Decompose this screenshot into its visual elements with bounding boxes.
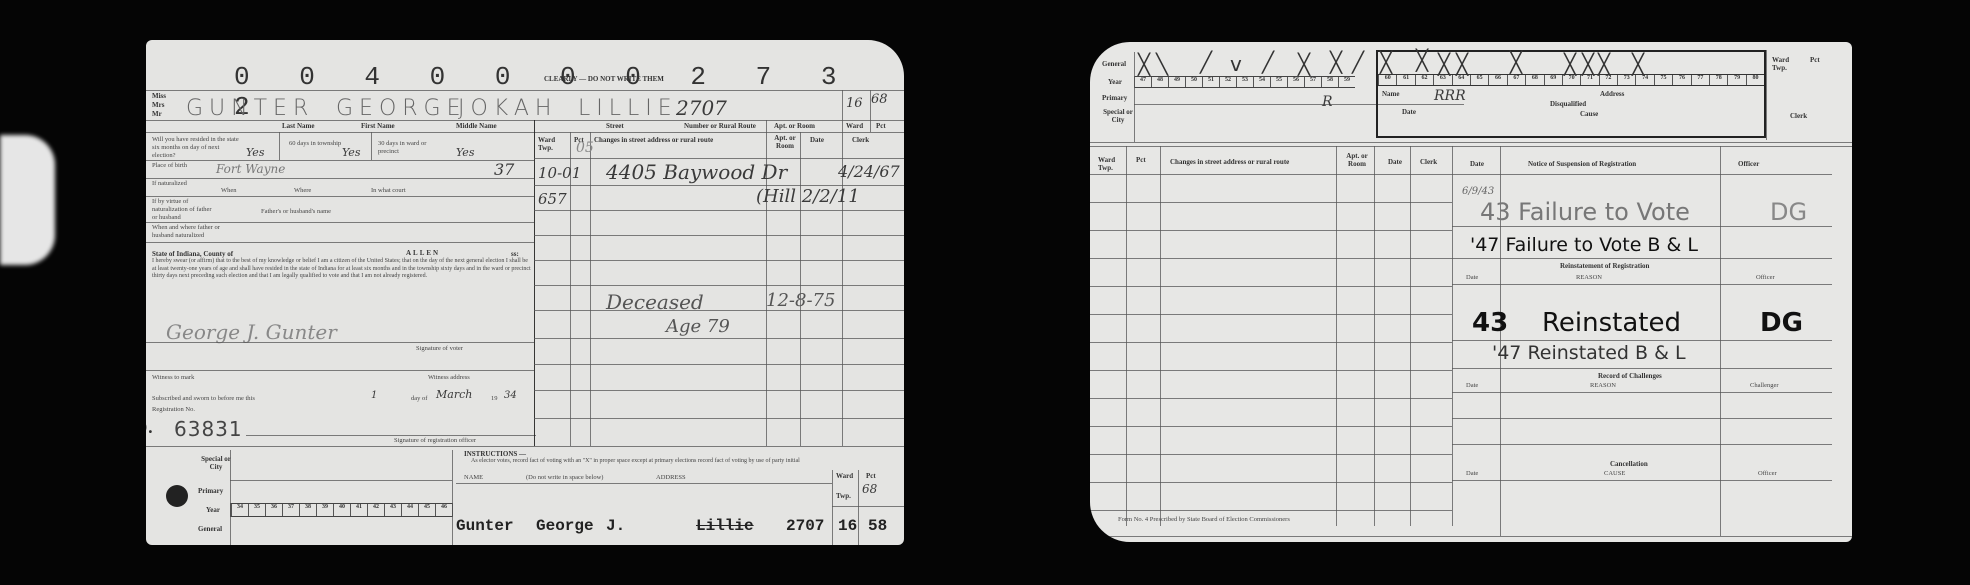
grid-label-year: Year [206, 506, 220, 514]
by-virtue-label: If by virtue of naturalization of father… [152, 198, 217, 222]
box-date-label: Date [1402, 108, 1416, 116]
typed-house-number: 2707 [786, 517, 824, 535]
registration-no-label: Registration No. [152, 406, 195, 414]
instructions-name-label: NAME [464, 474, 483, 482]
residency-state-question: Will you have resided in the state six m… [152, 136, 242, 160]
cancellation-officer-header: Officer [1758, 470, 1777, 478]
challenges-title: Record of Challenges [1598, 372, 1662, 380]
instructions-text: As elector votes, record fact of voting … [471, 458, 801, 465]
typed-pct: 58 [868, 517, 887, 535]
suspension-officer-header: Officer [1738, 160, 1759, 168]
naturalized-court-label: In what court [371, 187, 406, 195]
col-header-clerk: Clerk [1420, 158, 1437, 166]
day-of-label: day of [411, 395, 427, 403]
grid-label-special: Special or City [1102, 108, 1134, 124]
instructions-note: (Do not write in space below) [526, 474, 603, 482]
change-row-1-address: 4405 Baywood Dr [606, 160, 787, 184]
last-name-value: GUNTER [186, 96, 314, 121]
residency-ward-question: 30 days in ward or precinct [378, 140, 448, 156]
residency-township-value: Yes [342, 146, 360, 159]
suspension-entry-1: 43 Failure to Vote [1480, 198, 1690, 226]
instructions-ward-label: Ward [836, 472, 853, 480]
voter-registration-card-front: 0 0 4 0 0 0 0 2 7 3 2 CLEARLY — DO NOT W… [146, 40, 904, 545]
reinstatement-entry-1-officer: DG [1760, 308, 1803, 338]
top-clerk-label: Clerk [1790, 112, 1807, 120]
ward-label: Ward [846, 122, 863, 130]
registration-number: 63831 [174, 417, 243, 441]
box-name-label: Name [1382, 90, 1400, 98]
number-label: Number or Rural Route [684, 122, 756, 130]
oath-state-line: State of Indiana, County of [152, 250, 233, 258]
subscribed-text: Subscribed and sworn to before me this [152, 395, 255, 403]
no-symbol: No. [146, 413, 153, 440]
naturalized-where-label: Where [294, 187, 311, 195]
left-year-grid: 34 35 36 37 38 39 40 41 42 43 44 45 46 [230, 503, 453, 517]
voter-signature: George J. Gunter [166, 320, 337, 344]
suspension-date-header: Date [1470, 160, 1484, 168]
suspension-entry-1-officer: DG [1770, 198, 1807, 226]
box-disqualified-label: Disqualified [1550, 100, 1586, 108]
typed-last-name: Gunter [456, 517, 514, 535]
suspension-entry-2: '47 Failure to Vote B & L [1470, 234, 1698, 256]
challenges-reason-header: REASON [1590, 382, 1616, 390]
grid-label-general: General [1102, 60, 1126, 68]
first-name-value: GEORGE [336, 96, 467, 121]
challenges-date-header: Date [1466, 382, 1478, 390]
subscribed-year: 34 [504, 390, 517, 401]
naturalized-when-label: When [221, 187, 237, 195]
typed-first-name: George [536, 517, 594, 535]
challenges-challenger-header: Challenger [1750, 382, 1779, 390]
change-row-3-address: Deceased [606, 290, 704, 314]
last-name-label: Last Name [282, 122, 314, 130]
pct-value: 68 [871, 92, 888, 107]
typed-ward: 16 [838, 517, 857, 535]
change-row-2-ward: 657 [538, 190, 567, 208]
box-address-label: Address [1600, 90, 1624, 98]
signature-label: Signature of voter [416, 345, 463, 353]
change-row-1-date: 4/24/67 [838, 162, 900, 181]
punch-hole-icon [166, 485, 188, 507]
change-row-1-ward: 10-01 [538, 164, 581, 182]
oath-text: I hereby swear (or affirm) that to the b… [152, 258, 532, 281]
suspension-date-value: 6/9/43 [1462, 186, 1494, 197]
col-header-apt: Apt. or Room [770, 134, 800, 150]
instructions-twp-label: Twp. [836, 492, 851, 500]
cancellation-date-header: Date [1466, 470, 1478, 478]
oath-ss: ss: [511, 250, 519, 258]
subscribed-month: March [436, 388, 472, 401]
reinstatement-entry-2: '47 Reinstated B & L [1492, 342, 1686, 364]
residency-ward-value: Yes [456, 146, 474, 159]
instructions-title: INSTRUCTIONS — [464, 450, 526, 458]
registration-officer-label: Signature of registration officer [394, 437, 476, 445]
cancellation-cause-header: CAUSE [1604, 470, 1625, 478]
reinstatement-reason-header: REASON [1576, 274, 1602, 282]
county-value: ALLEN [406, 249, 440, 257]
film-edge-artifact [0, 135, 55, 265]
grid-label-general: General [198, 525, 222, 533]
instructions-pct-label: Pct [866, 472, 876, 480]
reinstatement-entry-1-year: 43 [1472, 308, 1508, 338]
instructions-pct-value: 68 [862, 482, 877, 496]
voter-registration-card-back: General Year Primary Special or City 47 … [1090, 42, 1852, 542]
change-row-4-address: Age 79 [666, 316, 730, 337]
col-header-address: Changes in street address or rural route [1170, 158, 1340, 166]
fathers-name-label: Father's or husband's name [261, 208, 331, 216]
card-serial-number: 0 0 4 0 0 0 0 2 7 3 2 [234, 62, 904, 122]
reinstatement-officer-header: Officer [1756, 274, 1775, 282]
grid-label-primary: Primary [198, 487, 223, 495]
instructions-address-label: ADDRESS [656, 474, 686, 482]
right-year-grid-a: 47 48 49 50 51 52 53 54 55 56 57 58 59 [1134, 76, 1355, 88]
middle-name-label: Middle Name [456, 122, 497, 130]
suspension-title: Notice of Suspension of Registration [1528, 160, 1636, 168]
top-ward-label: Ward Twp. [1772, 56, 1796, 72]
when-where-label: When and where father or husband natural… [152, 224, 232, 240]
house-number-value: 2707 [676, 96, 727, 120]
witness-address-label: Witness address [428, 374, 470, 382]
col-header-pct: Pct [1136, 156, 1146, 164]
naturalized-label: If naturalized [152, 180, 197, 188]
street-label: Street [606, 122, 624, 130]
apt-label: Apt. or Room [774, 122, 815, 130]
age-value: 37 [494, 160, 514, 179]
witness-name-label: Witness to mark [152, 374, 194, 382]
col-header-clerk: Clerk [852, 136, 869, 144]
year-label: 19 [491, 395, 498, 403]
subscribed-day: 1 [371, 390, 377, 401]
reinstatement-date-header: Date [1466, 274, 1478, 282]
reinstatement-entry-1-reason: Reinstated [1542, 308, 1681, 338]
residency-township-question: 60 days in township [289, 140, 349, 148]
form-footer: Form No. 4 Prescribed by State Board of … [1118, 516, 1290, 524]
change-row-3-date: 12-8-75 [766, 290, 835, 311]
middle-name-value: JOKAH [458, 96, 557, 121]
first-name-label: First Name [361, 122, 395, 130]
typed-initial: J. [606, 517, 625, 535]
residency-state-value: Yes [246, 146, 264, 159]
change-row-2-address: (Hill 2/2/11 [756, 186, 860, 207]
grid-label-year: Year [1108, 78, 1122, 86]
reinstatement-title: Reinstatement of Registration [1560, 262, 1649, 270]
top-pct-label: Pct [1810, 56, 1820, 64]
col-header-ward: Ward Twp. [1098, 156, 1124, 172]
pct-mark: 05 [576, 140, 594, 156]
title-prefixes: MissMrsMr [152, 92, 166, 119]
col-header-ward: Ward Twp. [538, 136, 568, 152]
col-header-address: Changes in street address or rural route [594, 136, 764, 144]
col-header-date: Date [810, 136, 824, 144]
box-cause-label: Cause [1580, 110, 1598, 118]
street-value: LILLIE [578, 96, 678, 121]
pct-label: Pct [876, 122, 886, 130]
typed-street: Lillie [696, 517, 754, 535]
col-header-apt: Apt. or Room [1340, 152, 1374, 168]
grid-label-primary: Primary [1102, 94, 1127, 102]
ward-value: 16 [846, 96, 863, 111]
primary-mark: R [1322, 94, 1333, 110]
cancellation-title: Cancellation [1610, 460, 1648, 468]
birthplace-value: Fort Wayne [216, 162, 285, 176]
box-primary-marks: RRR [1434, 88, 1466, 104]
header-note: CLEARLY — DO NOT WRITE THEM [544, 75, 664, 83]
birthplace-label: Place of birth [152, 162, 192, 170]
col-header-date: Date [1388, 158, 1402, 166]
